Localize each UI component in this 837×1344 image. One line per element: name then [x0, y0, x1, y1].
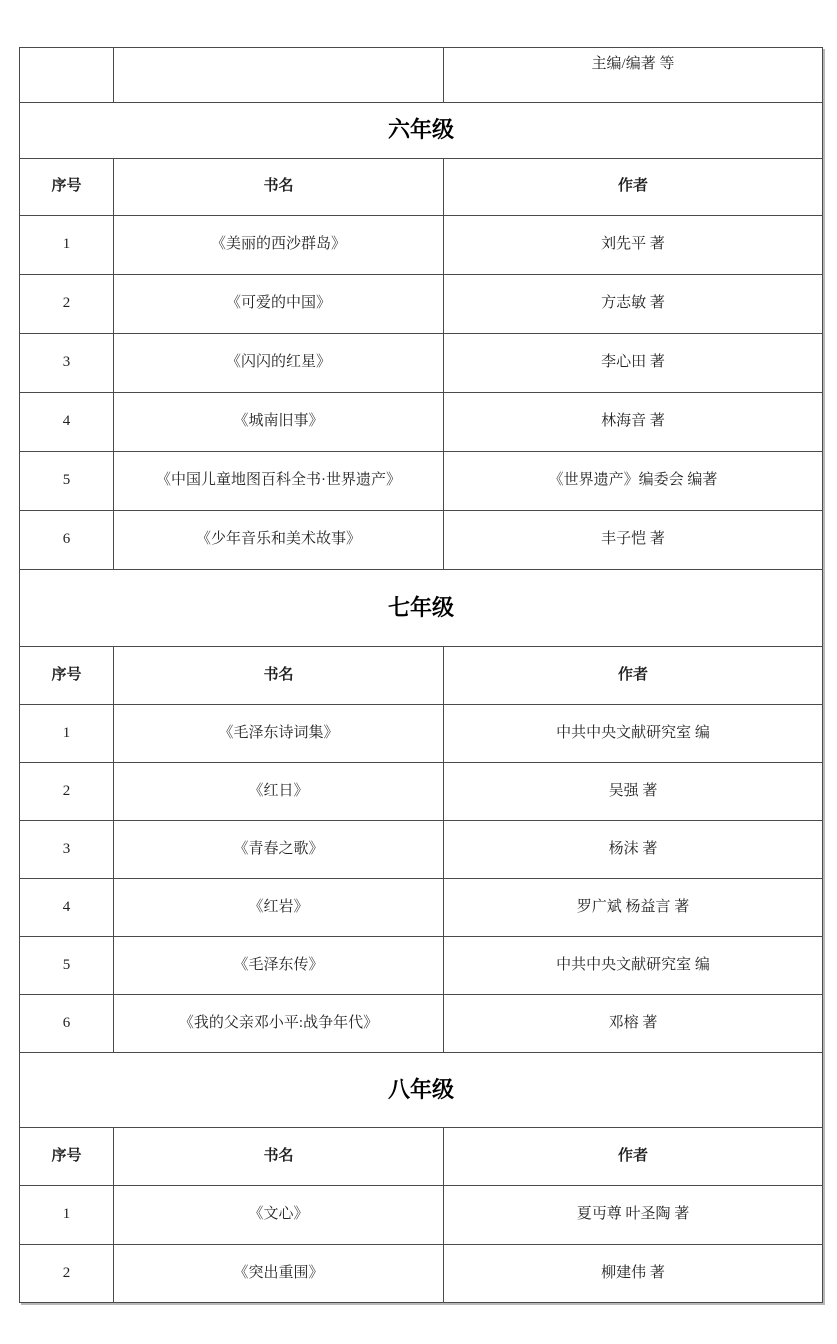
- table-row: 3 《青春之歌》 杨沫 著: [20, 821, 823, 879]
- table-row: 4 《城南旧事》 林海音 著: [20, 393, 823, 452]
- table-row: 6 《少年音乐和美术故事》 丰子恺 著: [20, 511, 823, 570]
- row-number-cell: 6: [20, 511, 114, 570]
- author-cell: 方志敏 著: [444, 275, 823, 334]
- book-title-cell: 《毛泽东传》: [114, 937, 444, 995]
- table-row-continuation: 主编/编著 等: [20, 48, 823, 103]
- row-number-cell: 3: [20, 821, 114, 879]
- row-number-cell: 1: [20, 1186, 114, 1245]
- author-cell: 杨沫 著: [444, 821, 823, 879]
- table-header-row: 序号 书名 作者: [20, 159, 823, 216]
- author-cell: 丰子恺 著: [444, 511, 823, 570]
- table-row-section: 七年级: [20, 570, 823, 647]
- table-row: 3 《闪闪的红星》 李心田 著: [20, 334, 823, 393]
- table-header-row: 序号 书名 作者: [20, 647, 823, 705]
- section-title-grade7: 七年级: [20, 570, 823, 647]
- table-row: 1 《美丽的西沙群岛》 刘先平 著: [20, 216, 823, 275]
- author-cell: 邓榕 著: [444, 995, 823, 1053]
- column-header-title: 书名: [114, 647, 444, 705]
- author-cell: 刘先平 著: [444, 216, 823, 275]
- section-title-grade8: 八年级: [20, 1053, 823, 1128]
- table-row: 2 《可爱的中国》 方志敏 著: [20, 275, 823, 334]
- section-title-grade6: 六年级: [20, 103, 823, 159]
- row-number-cell: 5: [20, 937, 114, 995]
- row-number-cell: 2: [20, 1245, 114, 1303]
- row-number-cell: 3: [20, 334, 114, 393]
- table-row: 1 《文心》 夏丏尊 叶圣陶 著: [20, 1186, 823, 1245]
- book-title-cell: 《我的父亲邓小平:战争年代》: [114, 995, 444, 1053]
- continuation-author-cell: 主编/编著 等: [444, 48, 823, 103]
- table-row-section: 八年级: [20, 1053, 823, 1128]
- table-row: 2 《突出重围》 柳建伟 著: [20, 1245, 823, 1303]
- column-header-author: 作者: [444, 647, 823, 705]
- author-cell: 夏丏尊 叶圣陶 著: [444, 1186, 823, 1245]
- table-row: 4 《红岩》 罗广斌 杨益言 著: [20, 879, 823, 937]
- row-number-cell: 4: [20, 879, 114, 937]
- column-header-author: 作者: [444, 1128, 823, 1186]
- column-header-no: 序号: [20, 647, 114, 705]
- book-title-cell: 《少年音乐和美术故事》: [114, 511, 444, 570]
- row-number-cell: 5: [20, 452, 114, 511]
- column-header-author: 作者: [444, 159, 823, 216]
- book-title-cell: 《可爱的中国》: [114, 275, 444, 334]
- book-title-cell: 《红岩》: [114, 879, 444, 937]
- author-cell: 林海音 著: [444, 393, 823, 452]
- row-number-cell: 1: [20, 705, 114, 763]
- book-title-cell-empty: [114, 48, 444, 103]
- table-row: 5 《毛泽东传》 中共中央文献研究室 编: [20, 937, 823, 995]
- book-title-cell: 《闪闪的红星》: [114, 334, 444, 393]
- table-header-row: 序号 书名 作者: [20, 1128, 823, 1186]
- reading-list-table: 主编/编著 等 六年级 序号 书名 作者 1 《美丽的西沙群岛》 刘先平 著 2…: [19, 47, 823, 1303]
- table-row: 2 《红日》 吴强 著: [20, 763, 823, 821]
- row-number-cell: 2: [20, 763, 114, 821]
- column-header-no: 序号: [20, 1128, 114, 1186]
- book-title-cell: 《文心》: [114, 1186, 444, 1245]
- author-cell: 中共中央文献研究室 编: [444, 705, 823, 763]
- author-cell: 李心田 著: [444, 334, 823, 393]
- table-row: 1 《毛泽东诗词集》 中共中央文献研究室 编: [20, 705, 823, 763]
- book-title-cell: 《青春之歌》: [114, 821, 444, 879]
- row-number-cell: 1: [20, 216, 114, 275]
- table-row-section: 六年级: [20, 103, 823, 159]
- author-cell: 中共中央文献研究室 编: [444, 937, 823, 995]
- book-title-cell: 《城南旧事》: [114, 393, 444, 452]
- document-page: 主编/编著 等 六年级 序号 书名 作者 1 《美丽的西沙群岛》 刘先平 著 2…: [0, 0, 837, 1344]
- column-header-title: 书名: [114, 1128, 444, 1186]
- author-cell: 柳建伟 著: [444, 1245, 823, 1303]
- author-cell: 《世界遗产》编委会 编著: [444, 452, 823, 511]
- book-title-cell: 《毛泽东诗词集》: [114, 705, 444, 763]
- column-header-no: 序号: [20, 159, 114, 216]
- book-title-cell: 《美丽的西沙群岛》: [114, 216, 444, 275]
- author-cell: 吴强 著: [444, 763, 823, 821]
- row-number-cell-empty: [20, 48, 114, 103]
- author-cell: 罗广斌 杨益言 著: [444, 879, 823, 937]
- row-number-cell: 6: [20, 995, 114, 1053]
- row-number-cell: 4: [20, 393, 114, 452]
- table-row: 5 《中国儿童地图百科全书·世界遗产》 《世界遗产》编委会 编著: [20, 452, 823, 511]
- row-number-cell: 2: [20, 275, 114, 334]
- book-title-cell: 《中国儿童地图百科全书·世界遗产》: [114, 452, 444, 511]
- book-title-cell: 《红日》: [114, 763, 444, 821]
- book-title-cell: 《突出重围》: [114, 1245, 444, 1303]
- table-row: 6 《我的父亲邓小平:战争年代》 邓榕 著: [20, 995, 823, 1053]
- column-header-title: 书名: [114, 159, 444, 216]
